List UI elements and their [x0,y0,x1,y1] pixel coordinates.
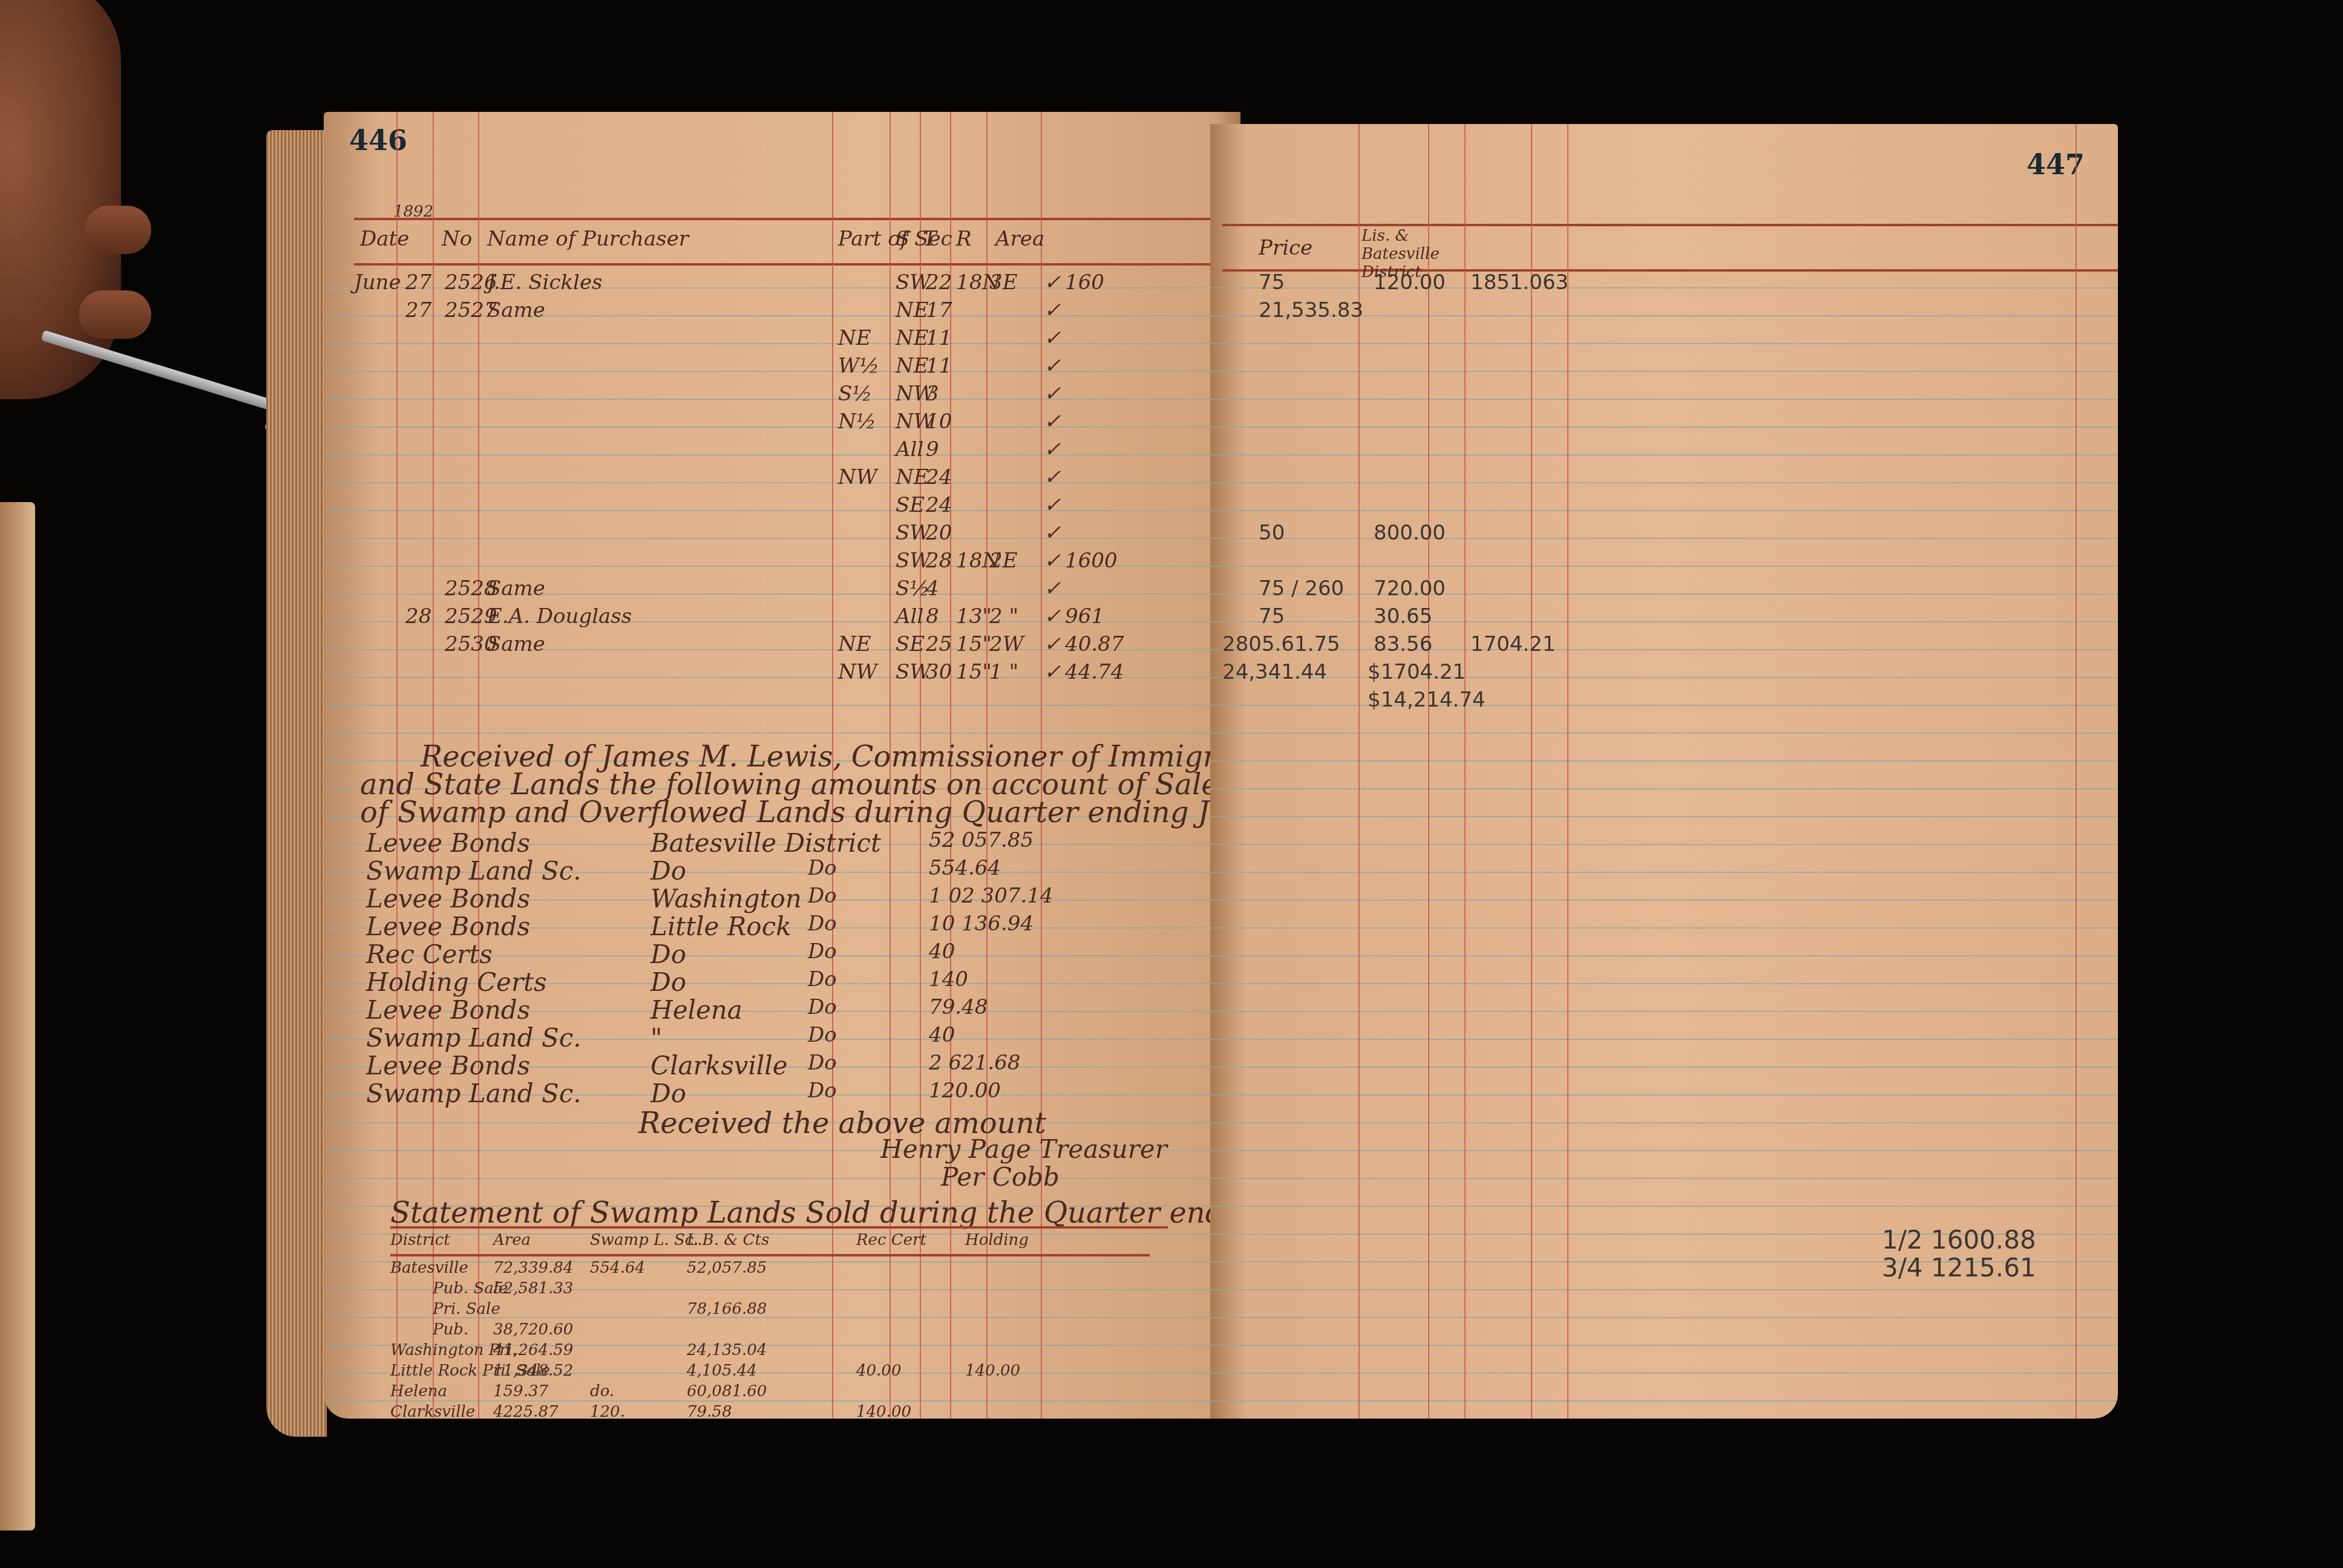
right-price: 50 [1259,521,1285,545]
receipt-kind: Rec Certs [366,939,493,969]
ruled-line [1210,649,2118,650]
statement-rec: 140.00 [856,1403,911,1419]
ruled-line [324,399,1240,400]
column-header: S [896,227,909,251]
receipt-district: Batesville District [650,828,881,858]
entry-part2: SE [896,632,925,656]
column-line [1428,124,1429,1419]
entry-part2: NE [896,354,929,378]
ruled-line [1210,287,2118,289]
receipt-district: " [650,1023,662,1053]
receipt-ditto: Do [808,939,837,964]
right-amount: 83.56 [1374,632,1432,656]
statement-holding: 140.00 [965,1362,1020,1380]
right-price: 75 [1259,604,1285,629]
entry-check: ✓ [1044,493,1061,517]
column-header: Name of Purchaser [487,227,689,251]
entry-check: ✓ [1044,270,1061,295]
statement-district: Pri. Sale [433,1300,500,1318]
receipt-kind: Levee Bonds [366,828,530,858]
ruled-line [1210,1178,2118,1179]
entry-day: 27 [405,270,431,295]
statement-district: Helena [390,1382,447,1400]
entry-rng: 2E [989,549,1017,573]
statement-area: 52,581.33 [493,1279,573,1298]
column-line [1531,124,1532,1419]
ruled-line [1210,1206,2118,1207]
entry-check: ✓ [1044,521,1061,545]
receipt-ditto: Do [808,884,837,908]
ruled-line [1210,1039,2118,1040]
receipt-amount: 140 [929,967,968,991]
entry-part2: S½ [896,577,929,601]
right-amount: 800.00 [1374,521,1446,545]
right-amount: $14,214.74 [1368,688,1486,712]
receipt-ditto: Do [808,1051,837,1075]
receipt-district: Do [650,967,686,997]
receipt-amount: 52 057.85 [929,828,1034,852]
entry-part2: NE [896,465,929,489]
ruled-line [1210,872,2118,873]
statement-swamp: 554.64 [590,1259,645,1277]
statement-district: Batesville [390,1259,468,1277]
ruled-line [324,1233,1240,1235]
ruled-line [324,482,1240,483]
entry-check: ✓ [1044,660,1061,684]
right-amount: $1704.21 [1368,660,1466,684]
ruled-line [1210,788,2118,789]
ruled-line [1210,844,2118,845]
ruled-line [324,1178,1240,1179]
receipt-ditto: Do [808,967,837,991]
statement-lb: 24,135.04 [687,1341,767,1359]
ruled-line [1210,927,2118,929]
receipt-district: Do [650,939,686,969]
ruled-line [324,538,1240,539]
right-page: 447 PriceLis. & Batesville District75120… [1210,124,2118,1419]
statement-header: Swamp L. Sc. [590,1231,699,1249]
entry-sec: 24 [926,465,952,489]
entry-check: ✓ [1044,437,1061,462]
page-number: 446 [349,124,407,157]
entry-part2: All [896,437,923,462]
entry-area: 40.87 [1065,632,1124,656]
entry-area: 44.74 [1065,660,1124,684]
entry-rng: 1 " [989,660,1018,684]
entry-part2: SE [896,493,925,517]
column-line [1567,124,1568,1419]
receipt-amount: 120.00 [929,1079,1001,1103]
ruled-line [1210,426,2118,428]
statement-area: 4225.87 [493,1403,559,1419]
statement-swamp: 120. [590,1403,625,1419]
ruled-line [1210,677,2118,678]
ruled-line [1210,1400,2118,1402]
entry-sec: 8 [926,604,939,629]
ruled-line [324,733,1240,734]
page-stack-edge [266,130,327,1437]
entry-twp: 15" [956,660,992,684]
entry-part1: NW [838,465,877,489]
ruled-line [1210,593,2118,595]
ruled-line [1210,510,2118,511]
receipt-amount: 1 02 307.14 [929,884,1053,908]
right-price: 24,341.44 [1222,660,1327,684]
entry-check: ✓ [1044,298,1061,322]
entry-part1: W½ [838,354,879,378]
entry-check: ✓ [1044,410,1061,434]
receipt-kind: Holding Certs [366,967,546,997]
entry-check: ✓ [1044,465,1061,489]
statement-district: Pub. [433,1321,468,1339]
column-header: T [923,227,937,251]
header-rule [1222,269,2118,272]
receipt-ditto: Do [808,912,837,936]
left-page: 446 1892 DateNoName of PurchaserPart of … [324,112,1240,1419]
ruled-line [1210,1067,2118,1068]
statement-header: Holding [965,1231,1029,1249]
receipt-amount: 40 [929,939,955,964]
finger [85,206,151,254]
column-header: R [956,227,972,251]
ruled-line [1210,1150,2118,1151]
receipt-amount: 554.64 [929,856,1001,880]
statement-lb: 52,057.85 [687,1259,767,1277]
statement-rec: 40.00 [856,1362,901,1380]
column-header: Price [1259,236,1312,260]
column-header: Date [360,227,409,251]
entry-part2: All [896,604,923,629]
entry-area: 160 [1065,270,1104,295]
receipt-ditto: Do [808,1023,837,1047]
entry-rng: 2W [989,632,1024,656]
statement-lb: 78,166.88 [687,1300,767,1318]
statement-area: 38,720.60 [493,1321,573,1339]
entry-sec: 3 [926,382,939,406]
statement-lb: 79.58 [687,1403,732,1419]
entry-twp: 15" [956,632,992,656]
entry-name: J.E. Sickles [487,270,603,295]
column-header: Area [995,227,1044,251]
ruled-line [1210,733,2118,734]
entry-sec: 10 [926,410,952,434]
entry-twp: 13" [956,604,992,629]
statement-district: Clarksville [390,1403,475,1419]
receipt-district: Helena [650,995,742,1025]
receipt-district: Do [650,856,686,886]
ruled-line [1210,900,2118,901]
statement-title: Statement of Swamp Lands Sold during the… [390,1196,1240,1230]
entry-part1: N½ [838,410,876,434]
right-price: 2805.61.75 [1222,632,1340,656]
ruled-line [1210,816,2118,817]
statement-header: District [390,1231,450,1249]
ruled-line [1210,1345,2118,1346]
entry-sec: 17 [926,298,952,322]
entry-check: ✓ [1044,577,1061,601]
receipt-text: of Swamp and Overflowed Lands during Qua… [360,795,1240,829]
entry-part2: NE [896,298,929,322]
entry-sec: 11 [926,354,952,378]
entry-part1: NW [838,660,877,684]
ruled-line [1210,454,2118,456]
entry-day: 28 [405,604,431,629]
receipt-ditto: Do [808,995,837,1019]
entry-part1: S½ [838,382,872,406]
header-rule [354,263,1240,266]
statement-lb: 4,105.44 [687,1362,757,1380]
entry-sec: 4 [926,577,939,601]
entry-sec: 30 [926,660,952,684]
header-rule [1222,224,2118,226]
receipt-ditto: Do [808,1079,837,1103]
receipt-ditto: Do [808,856,837,880]
statement-header: L.B. & Cts [687,1231,769,1249]
ruled-line [324,426,1240,428]
receipt-district: Do [650,1079,686,1108]
entry-sec: 20 [926,521,952,545]
statement-header: Area [493,1231,531,1249]
receipt-district: Little Rock [650,912,791,941]
receipt-kind: Levee Bonds [366,1051,530,1080]
entry-sec: 25 [926,632,952,656]
receipt-amount: 40 [929,1023,955,1047]
receipt-amount: 10 136.94 [929,912,1034,936]
ruled-line [1210,983,2118,984]
receipt-district: Washington [650,884,802,913]
ruled-line [1210,760,2118,762]
entry-sec: 11 [926,326,952,350]
column-line [1464,124,1466,1419]
receipt-kind: Levee Bonds [366,884,530,913]
ruled-line [1210,1094,2118,1096]
receipt-per: Per Cobb [941,1162,1060,1192]
receipt-kind: Swamp Land Sc. [366,1023,582,1053]
ruled-line [1210,1122,2118,1123]
right-price: 21,535.83 [1259,298,1363,322]
entry-month: June [354,270,401,295]
ruled-line [1210,1317,2118,1318]
ruled-line [324,343,1240,344]
ruled-line [324,454,1240,456]
entry-area: 961 [1065,604,1104,629]
ruled-line [1210,566,2118,567]
ruled-line [324,1400,1240,1402]
column-header: No [442,227,472,251]
ruled-line [1210,538,2118,539]
ruled-line [1210,371,2118,372]
receipt-kind: Levee Bonds [366,995,530,1025]
statement-area: 41,264.59 [493,1341,573,1359]
entry-day: 27 [405,298,431,322]
column-line [2076,124,2077,1419]
entry-name: Same [487,632,545,656]
margin-note: 3/4 1215.61 [1882,1253,2036,1282]
entry-area: 1600 [1065,549,1118,573]
entry-part1: NE [838,326,871,350]
ruled-line [1210,1289,2118,1290]
right-price: 75 [1259,270,1285,295]
entry-check: ✓ [1044,382,1061,406]
ruled-line [1210,343,2118,344]
entry-sec: 9 [926,437,939,462]
receipt-amount: 79.48 [929,995,988,1019]
receipt-district: Clarksville [650,1051,788,1080]
ruled-line [1210,621,2118,622]
entry-check: ✓ [1044,604,1061,629]
right-extra: 1851.063 [1470,270,1568,295]
header-rule [354,218,1240,220]
statement-lb: 60,081.60 [687,1382,767,1400]
entry-name: E.A. Douglass [487,604,632,629]
entry-name: Same [487,298,545,322]
entry-check: ✓ [1044,354,1061,378]
ruled-line [1210,399,2118,400]
entry-part2: NE [896,326,929,350]
statement-area: 11,348.52 [493,1362,573,1380]
right-extra: 1704.21 [1470,632,1556,656]
ledger-book: 446 1892 DateNoName of PurchaserPart of … [266,106,2118,1467]
margin-note: 1/2 1600.88 [1882,1225,2036,1255]
entry-sec: 24 [926,493,952,517]
ruled-line [1210,955,2118,956]
receipt-kind: Levee Bonds [366,912,530,941]
loose-page-edge [0,502,35,1530]
entry-check: ✓ [1044,632,1061,656]
receipt-kind: Swamp Land Sc. [366,1079,582,1108]
ruled-line [1210,705,2118,706]
ruled-line [1210,1373,2118,1374]
right-amount: 30.65 [1374,604,1432,629]
statement-swamp: do. [590,1382,614,1400]
finger [79,290,151,339]
entry-rng: 3E [989,270,1017,295]
right-amount: 720.00 [1374,577,1446,601]
entry-sec: 28 [926,549,952,573]
right-amount: 120.00 [1374,270,1446,295]
statement-rule [390,1254,1150,1256]
entry-rng: 2 " [989,604,1018,629]
entry-sec: 22 [926,270,952,295]
entry-name: Same [487,577,545,601]
ruled-line [324,510,1240,511]
entry-part1: NE [838,632,871,656]
receipt-signature: Henry Page Treasurer [880,1134,1167,1164]
ruled-line [1210,1011,2118,1012]
receipt-amount: 2 621.68 [929,1051,1020,1075]
entry-check: ✓ [1044,326,1061,350]
statement-rule [390,1226,1168,1229]
ruled-line [324,705,1240,706]
statement-header: Rec Cert [856,1231,926,1249]
ruled-line [324,371,1240,372]
statement-area: 159.37 [493,1382,548,1400]
ruled-line [1210,482,2118,483]
receipt-kind: Swamp Land Sc. [366,856,582,886]
right-price: 75 / 260 [1259,577,1344,601]
statement-area: 72,339.84 [493,1259,573,1277]
entry-check: ✓ [1044,549,1061,573]
